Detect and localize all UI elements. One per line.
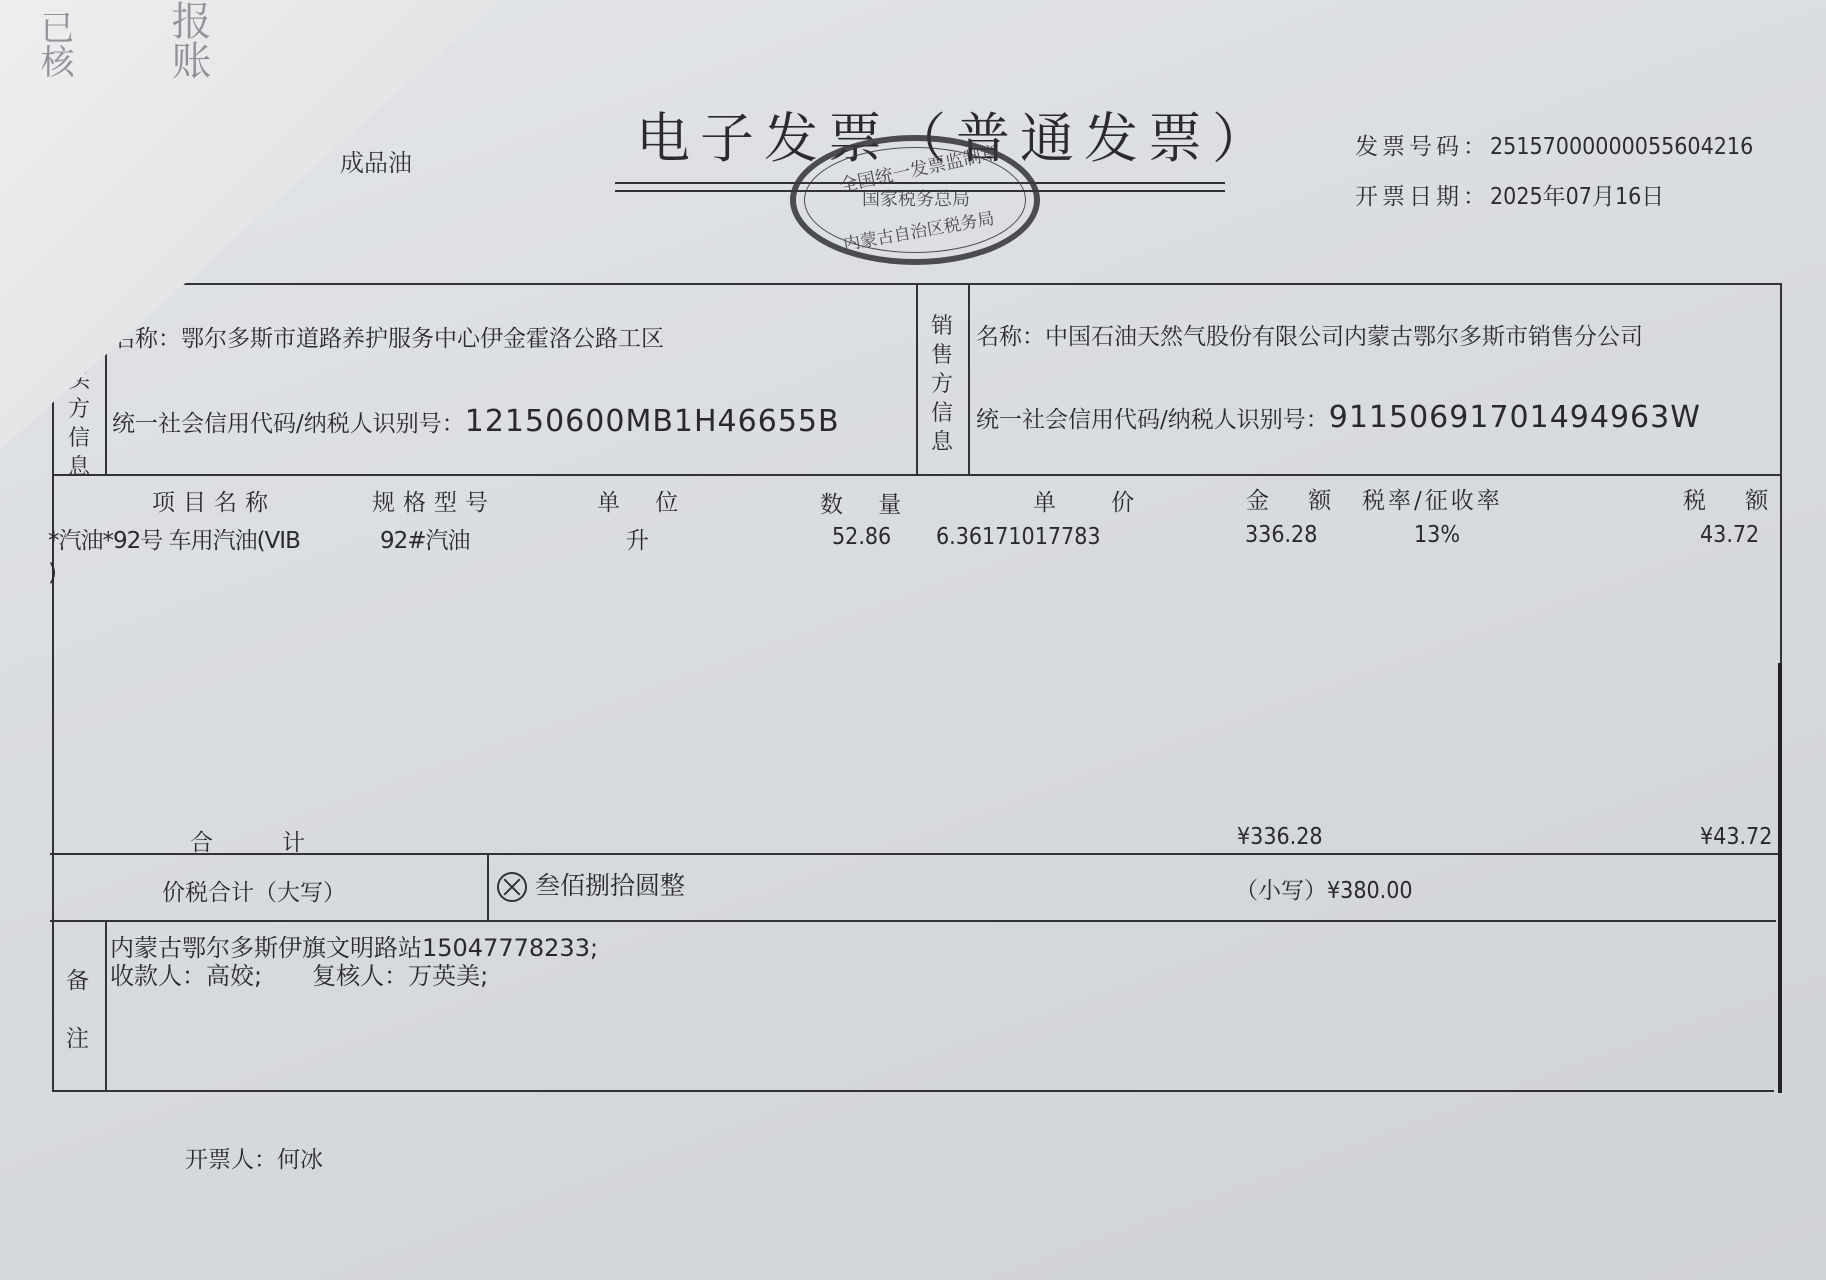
item-amount: 336.28	[1245, 522, 1317, 548]
payee: 高姣;	[206, 962, 262, 990]
grand-total-lowercase-label: （小写）	[1235, 878, 1327, 904]
item-tax-rate: 13%	[1414, 522, 1460, 548]
grand-total-uppercase: 叁佰捌拾圆整	[535, 871, 685, 900]
seller-name: 中国石油天然气股份有限公司内蒙古鄂尔多斯市销售分公司	[1045, 324, 1643, 350]
handwriting-note-2: 报账	[160, 0, 217, 80]
invoice-number-label: 发票号码：	[1355, 134, 1490, 160]
table-bottom-border	[52, 1090, 1774, 1092]
grand-total-divider	[487, 853, 489, 921]
remarks-line-2: 收款人：高姣;复核人：万英美;	[110, 956, 488, 991]
seller-name-row: 名称：中国石油天然气股份有限公司内蒙古鄂尔多斯市销售分公司	[976, 318, 1643, 351]
grand-total-uppercase-row: 叁佰捌拾圆整	[497, 866, 685, 902]
invoice-number: 25157000000055604216	[1490, 134, 1753, 160]
grand-total-label: 价税合计（大写）	[162, 874, 346, 907]
stamp-middle-text: 国家税务总局	[862, 185, 970, 211]
buyer-taxid: 12150600MB1H46655B	[465, 404, 840, 439]
item-name: *汽油*92号 车用汽油(VIB	[48, 522, 300, 555]
issue-date-row: 开票日期：2025年07月16日	[1355, 178, 1664, 211]
invoice-number-row: 发票号码：25157000000055604216	[1355, 128, 1753, 161]
item-quantity: 52.86	[832, 524, 891, 550]
reviewer-label: 复核人：	[312, 962, 408, 990]
payee-label: 收款人：	[110, 962, 206, 990]
buyer-taxid-label: 统一社会信用代码/纳税人识别号：	[112, 411, 465, 437]
col-header-amount: 金 额	[1246, 482, 1347, 515]
buyer-name: 鄂尔多斯市道路养护服务中心伊金霍洛公路工区	[181, 326, 664, 352]
issuer: 何冰	[277, 1147, 323, 1173]
issue-date: 2025年07月16日	[1490, 184, 1664, 210]
total-amount: ¥336.28	[1237, 824, 1323, 850]
item-spec: 92#汽油	[380, 522, 470, 555]
remarks-label-2: 注	[66, 1020, 89, 1053]
seller-name-label: 名称：	[976, 324, 1045, 350]
col-header-quantity: 数 量	[820, 486, 915, 519]
col-header-tax-rate: 税率/征收率	[1362, 482, 1503, 515]
col-header-unit-price: 单 价	[1033, 484, 1158, 517]
grand-total-bottom-border	[50, 920, 1776, 922]
col-header-spec: 规格型号	[372, 484, 496, 517]
seller-taxid-label: 统一社会信用代码/纳税人识别号：	[976, 407, 1329, 433]
grand-total-lowercase: ¥380.00	[1327, 878, 1413, 904]
seller-taxid: 91150691701494963W	[1329, 400, 1701, 435]
seller-taxid-row: 统一社会信用代码/纳税人识别号：91150691701494963W	[976, 400, 1701, 435]
seller-label-divider	[968, 283, 970, 475]
total-label: 合 计	[190, 824, 305, 857]
table-right-border-lower	[1778, 663, 1782, 1093]
item-tax: 43.72	[1700, 522, 1759, 548]
col-header-unit: 单 位	[597, 484, 692, 517]
item-unit-price: 6.36171017783	[936, 524, 1101, 550]
col-header-tax: 税 额	[1683, 482, 1784, 515]
handwriting-note-1: 已核	[30, 10, 79, 78]
tax-bureau-stamp: 全国统一发票监制章 国家税务总局 内蒙古自治区税务局	[790, 135, 1040, 265]
col-header-item-name: 项目名称	[152, 484, 276, 517]
item-name-continued: )	[48, 560, 57, 586]
remarks-label-1: 备	[66, 962, 89, 995]
issue-date-label: 开票日期：	[1355, 184, 1490, 210]
circle-x-icon	[497, 872, 527, 902]
reviewer: 万英美;	[408, 962, 488, 990]
seller-section-label: 销售方信息	[929, 312, 955, 457]
grand-total-lowercase-row: （小写）¥380.00	[1235, 872, 1413, 905]
item-unit: 升	[626, 522, 649, 555]
buyer-name-row: 名称：鄂尔多斯市道路养护服务中心伊金霍洛公路工区	[112, 320, 664, 353]
total-tax: ¥43.72	[1700, 824, 1772, 850]
issuer-row: 开票人：何冰	[185, 1141, 323, 1174]
remarks-label-divider	[105, 920, 107, 1091]
buyer-seller-divider	[916, 283, 918, 475]
buyer-taxid-row: 统一社会信用代码/纳税人识别号：12150600MB1H46655B	[112, 404, 840, 439]
table-right-border	[1780, 283, 1782, 663]
issuer-label: 开票人：	[185, 1147, 277, 1173]
totals-bottom-border	[50, 853, 1778, 855]
